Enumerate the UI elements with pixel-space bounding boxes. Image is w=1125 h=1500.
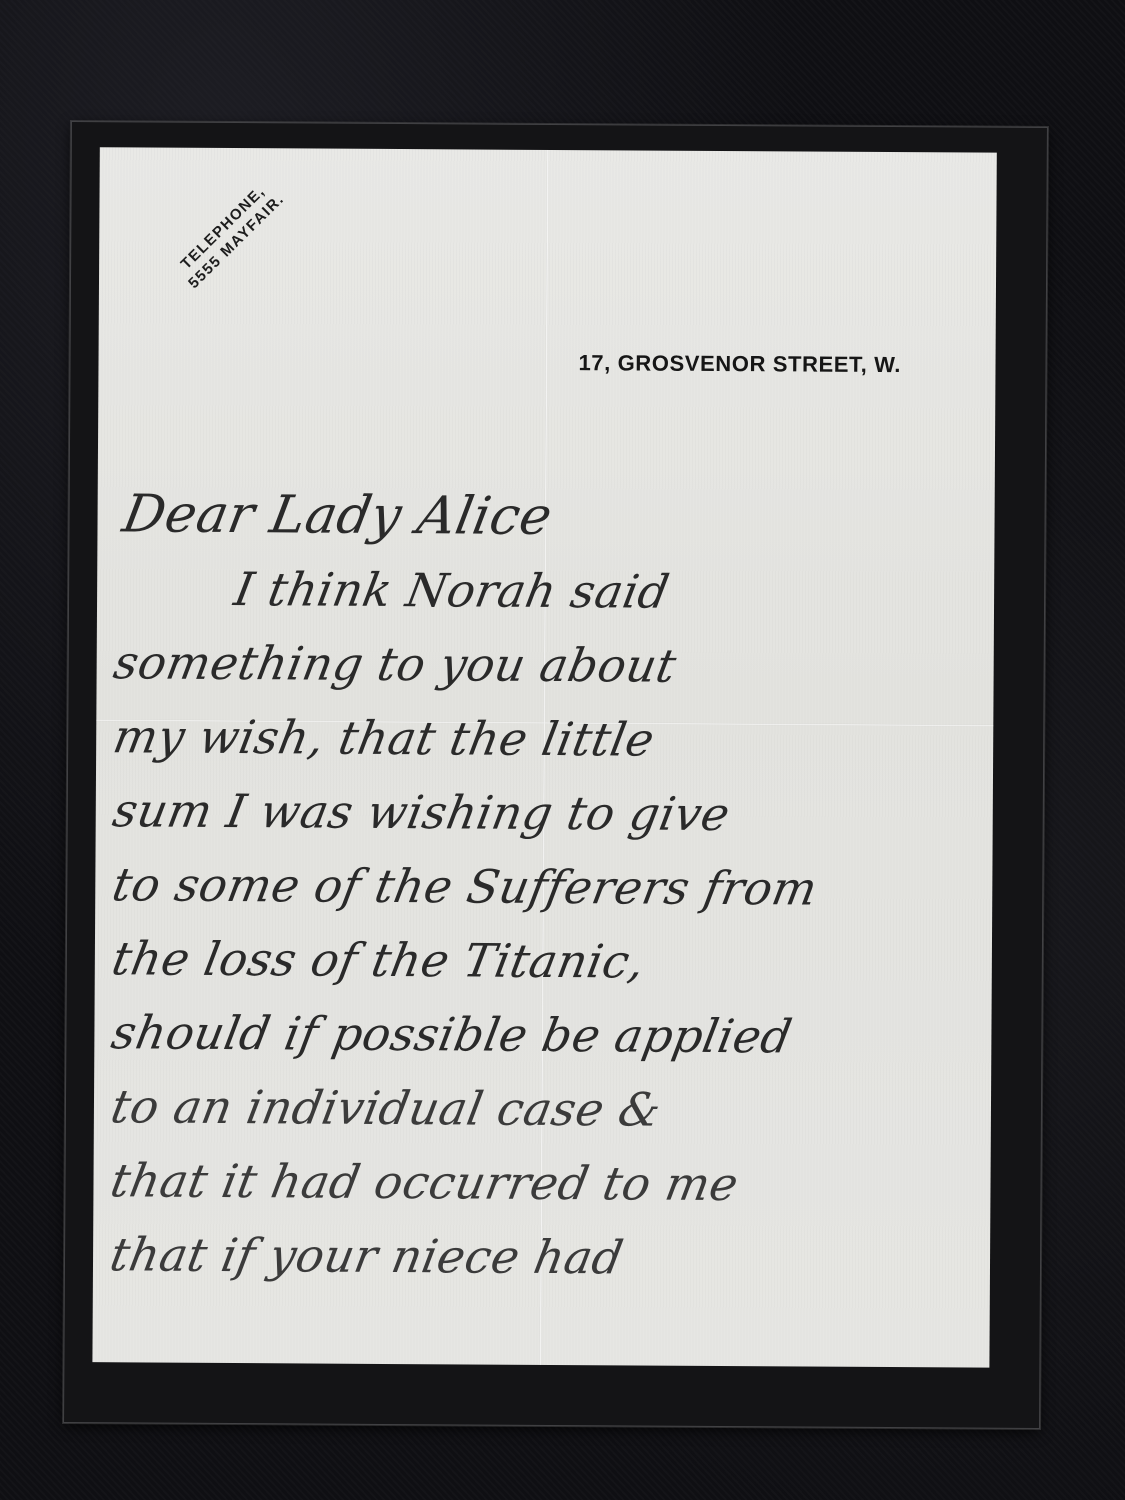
paper-area: TELEPHONE, 5555 MAYFAIR. 17, GROSVENOR S… [92, 147, 996, 1367]
letter-line: I think Norah said [108, 551, 991, 630]
salutation: Dear Lady Alice [109, 477, 992, 556]
letter-line: to some of the Sufferers from [107, 847, 990, 926]
letter-line: that if your niece had [104, 1217, 987, 1296]
letter-line: the loss of the Titanic, [106, 921, 989, 1000]
letter-line: sum I was wishing to give [107, 773, 990, 852]
letter-line: that it had occurred to me [105, 1143, 988, 1222]
letter-line: my wish, that the little [107, 699, 990, 778]
letter-body: Dear Lady Alice I think Norah said somet… [111, 477, 986, 1296]
letter-line: something to you about [108, 625, 991, 704]
letter-sheet: TELEPHONE, 5555 MAYFAIR. 17, GROSVENOR S… [64, 122, 1047, 1428]
letterhead-telephone: TELEPHONE, 5555 MAYFAIR. [171, 176, 288, 293]
letter-line: to an individual case & [105, 1069, 988, 1148]
letterhead-address: 17, GROSVENOR STREET, W. [578, 350, 901, 378]
letter-line: should if possible be applied [106, 995, 989, 1074]
